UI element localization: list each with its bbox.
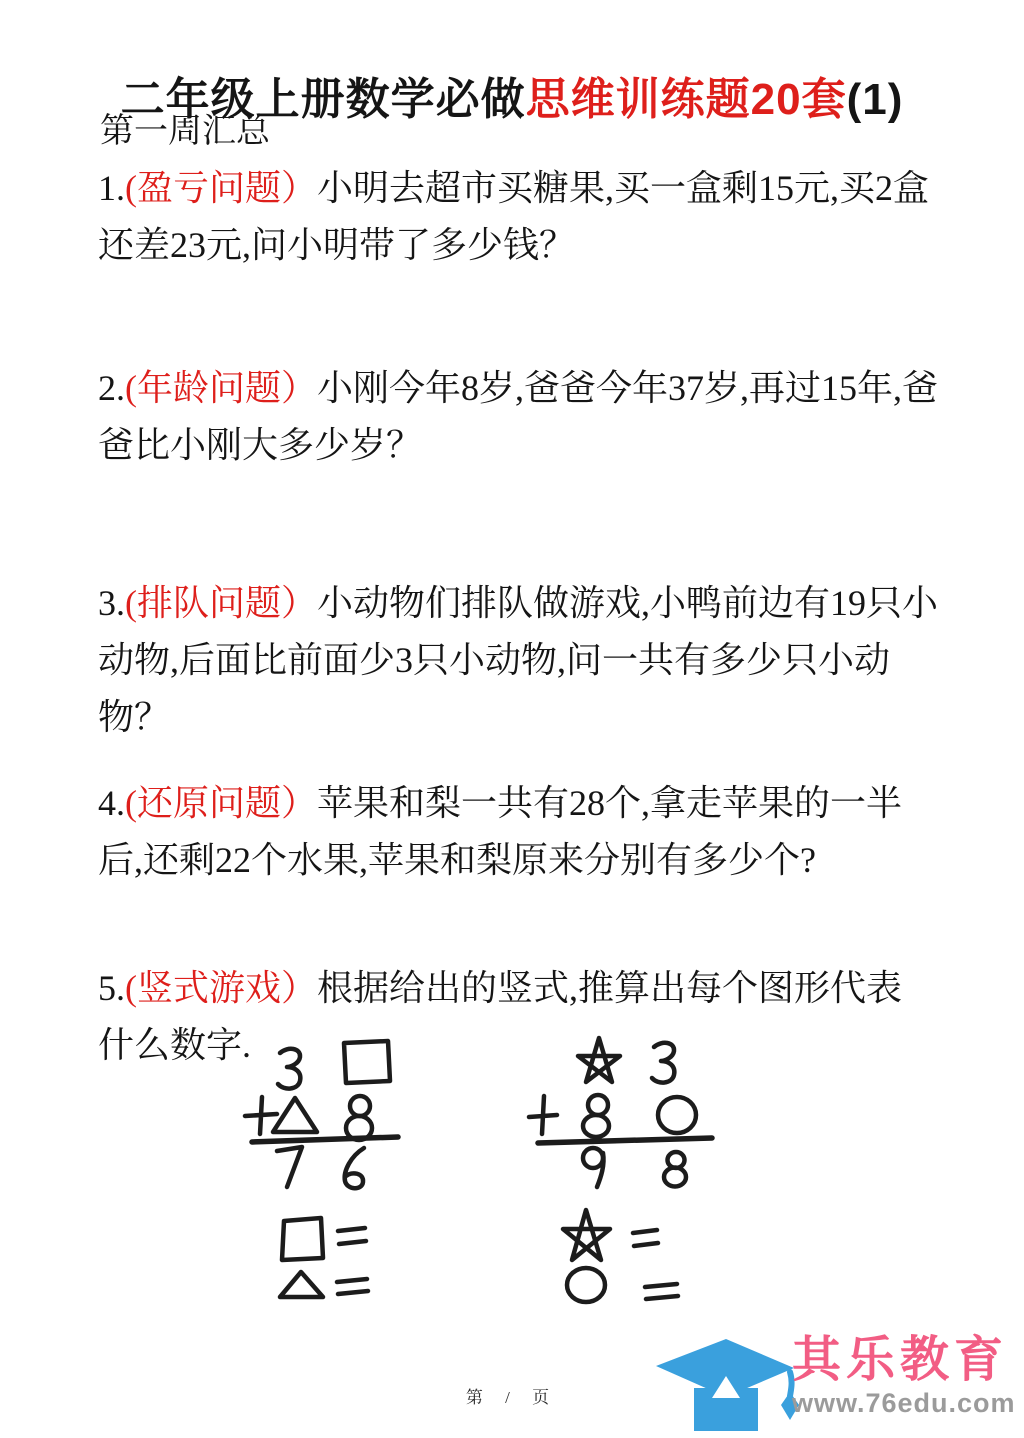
digit-8 [583, 1095, 609, 1137]
problem-3-type-tag: (排队问题） [125, 583, 317, 623]
equals-icon [337, 1279, 368, 1294]
brand-name: 其乐教育 [792, 1332, 1024, 1388]
problem-5-number: 5. [98, 968, 125, 1008]
brand-logo: 其乐教育 www.76edu.com [652, 1326, 1024, 1438]
circle-icon [658, 1097, 696, 1133]
title-set-number: (1) [847, 75, 904, 124]
digit-8 [346, 1096, 372, 1140]
problem-2: 2.(年龄问题）小刚今年8岁,爸爸今年37岁,再过15年,爸爸比小刚大多少岁？ [98, 360, 940, 474]
title-red-part: 思维训练题20套 [526, 75, 847, 124]
graduation-cap-icon [652, 1330, 802, 1438]
plus-icon [245, 1097, 277, 1134]
problem-4: 4.(还原问题）苹果和梨一共有28个,拿走苹果的一半后,还剩22个水果,苹果和梨… [98, 775, 940, 889]
problem-4-type-tag: (还原问题） [125, 783, 317, 823]
triangle-icon [273, 1098, 317, 1132]
plus-icon [529, 1096, 557, 1134]
week-summary-label: 第一周汇总 [100, 103, 270, 152]
digit-9 [583, 1148, 604, 1187]
worksheet-page: 二年级上册数学必做思维训练题20套(1) 第一周汇总 1.(盈亏问题）小明去超市… [0, 0, 1024, 1438]
square-icon [344, 1041, 390, 1083]
problem-5-type-tag: (竖式游戏） [125, 968, 317, 1008]
problem-1: 1.(盈亏问题）小明去超市买糖果,买一盒剩15元,买2盒还差23元,问小明带了多… [98, 160, 940, 274]
digit-3 [652, 1043, 674, 1083]
sum-line [252, 1137, 398, 1142]
digit-8 [664, 1152, 686, 1187]
problem-1-type-tag: (盈亏问题） [125, 168, 317, 208]
digit-6 [345, 1148, 364, 1188]
equals-icon [645, 1284, 678, 1299]
problem-5: 5.(竖式游戏）根据给出的竖式,推算出每个图形代表什么数字. [98, 960, 918, 1074]
brand-url: www.76edu.com [792, 1388, 1024, 1418]
digit-3 [278, 1049, 300, 1089]
star-icon [578, 1038, 620, 1082]
problem-2-number: 2. [98, 368, 125, 408]
equals-icon [338, 1228, 366, 1244]
circle-icon [567, 1268, 605, 1302]
vertical-addition-right [526, 1035, 716, 1305]
equals-icon [633, 1230, 658, 1246]
digit-7 [277, 1147, 302, 1187]
square-icon [282, 1218, 323, 1260]
problem-3: 3.(排队问题）小动物们排队做游戏,小鸭前边有19只小动物,后面比前面少3只小动… [98, 575, 940, 746]
vertical-addition-left [240, 1035, 410, 1305]
problem-2-type-tag: (年龄问题） [125, 368, 317, 408]
problem-3-number: 3. [98, 583, 125, 623]
star-icon [563, 1210, 610, 1260]
problem-4-number: 4. [98, 783, 125, 823]
problem-1-number: 1. [98, 168, 125, 208]
sum-line [538, 1138, 712, 1143]
triangle-icon [280, 1272, 323, 1297]
